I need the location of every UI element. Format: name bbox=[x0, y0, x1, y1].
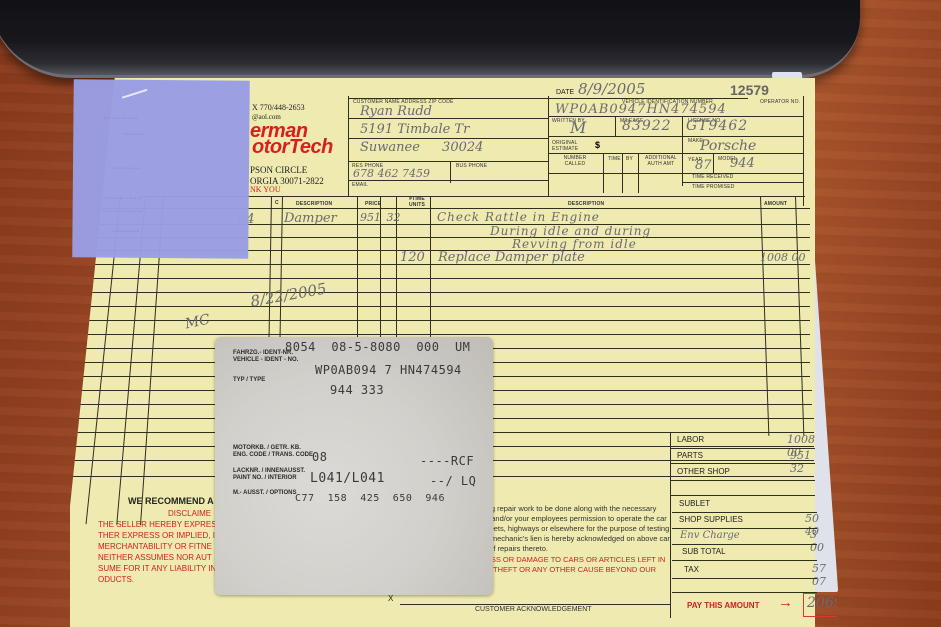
model: 944 bbox=[730, 156, 755, 171]
staple bbox=[122, 89, 147, 99]
shop-logo-line2: otorTech bbox=[252, 136, 333, 159]
arrow-right-icon: → bbox=[778, 594, 793, 611]
vin-plate-options: C77 158 425 650 946 bbox=[295, 493, 445, 504]
customer-city: Suwanee 30024 bbox=[360, 140, 483, 155]
labor-row-2-description: During idle and during bbox=[490, 224, 651, 238]
sublet-label: SUBLET bbox=[679, 499, 710, 508]
estimate-dollar-sign: $ bbox=[595, 140, 600, 150]
note-initials: MC bbox=[184, 312, 212, 333]
shop-supplies-label: SHOP SUPPLIES bbox=[679, 515, 743, 524]
invoice-number: 12579 bbox=[730, 82, 769, 98]
pay-this-amount-label: PAY THIS AMOUNT bbox=[687, 601, 759, 610]
tax-label: TAX bbox=[684, 565, 699, 574]
customer-street: 5191 Timbale Tr bbox=[360, 122, 469, 137]
make: Porsche bbox=[700, 138, 756, 154]
vehicle-vin: WP0AB0947HN474594 bbox=[555, 102, 727, 117]
disclaimer-text: THE SELLER HEREBY EXPRES THER EXPRESS OR… bbox=[98, 519, 217, 585]
vin-plate-paint: L041/L041 bbox=[310, 471, 385, 486]
original-estimate-label: ORIGINAL ESTIMATE bbox=[552, 140, 592, 152]
labor-row-3-description: Revving from idle bbox=[512, 237, 637, 251]
shop-street: PSON CIRCLE bbox=[250, 165, 307, 175]
labor-col-description: DESCRIPTION bbox=[568, 201, 604, 207]
written-by: M bbox=[570, 118, 586, 137]
other-shop-label: OTHER SHOP bbox=[677, 467, 730, 476]
vin-plate-paint-right: --/ LQ bbox=[430, 474, 476, 488]
signature-x: X bbox=[388, 594, 393, 603]
subtotal-label: SUB TOTAL bbox=[682, 547, 726, 556]
res-phone: 678 462 7459 bbox=[353, 167, 430, 180]
customer-ack-label: CUSTOMER ACKNOWLEDGEMENT bbox=[475, 606, 592, 613]
disclaimer-title: DISCLAIME bbox=[168, 509, 211, 518]
year: 87 bbox=[695, 158, 712, 173]
blue-sticky-note: ‥‥‥ ‥‥‥ ‥‥‥‥ ‥‥‥‥‥ ‥‥‥‥ ‥‥‥ ‥‥‥ ‥‥‥‥ ‥‥‥… bbox=[72, 79, 250, 259]
vin-plate-type: 944 333 bbox=[330, 383, 384, 397]
env-charge: 3 00 bbox=[810, 528, 824, 554]
parts-total-label: PARTS bbox=[677, 451, 703, 460]
vin-plate-options-label: M.- AUSST. / OPTIONS bbox=[233, 490, 296, 497]
labor-row-4-amount: 1008 00 bbox=[760, 251, 806, 264]
mileage: 83922 bbox=[622, 118, 672, 134]
date-label: DATE bbox=[556, 89, 574, 96]
customer-name: Ryan Rudd bbox=[360, 104, 432, 119]
labor-row-4-description: Replace Damper plate bbox=[438, 250, 585, 265]
time-label: TIME bbox=[608, 156, 621, 162]
shop-thanks: NK YOU bbox=[250, 185, 281, 194]
vin-plate-code-line: 8054 08-5-8080 000 UM bbox=[285, 340, 470, 354]
eyeglasses-case bbox=[0, 0, 860, 78]
parts-col-price: PRICE bbox=[365, 201, 381, 207]
authorization-text: ing repair work to be done along with th… bbox=[485, 504, 670, 554]
shop-fax: X 770/448-2653 bbox=[252, 103, 305, 112]
vehicle-data-label: FAHRZG.- IDENT-NR. VEHICLE - IDENT - NO.… bbox=[215, 337, 493, 595]
labor-col-amount: AMOUNT bbox=[764, 201, 787, 207]
liability-text: OSS OR DAMAGE TO CARS OR ARTICLES LEFT I… bbox=[485, 555, 665, 575]
labor-row-1-description: Check Rattle in Engine bbox=[437, 210, 600, 224]
license: GT9462 bbox=[686, 118, 748, 134]
time-promised-label: TIME PROMISED bbox=[692, 184, 735, 190]
parts-col-description: DESCRIPTION bbox=[296, 201, 332, 207]
vin-plate-paint-label: LACKNR. / INNENAUSST. PAINT NO. / INTERI… bbox=[233, 468, 305, 482]
email-label: EMAIL bbox=[352, 182, 368, 188]
labor-total-label: LABOR bbox=[677, 435, 704, 444]
number-called-label: NUMBER CALLED bbox=[560, 155, 590, 167]
parts-row-description: Damper bbox=[284, 211, 337, 226]
vin-plate-type-label: TYP / TYPE bbox=[233, 377, 265, 384]
additional-auth-label: ADDITIONAL AUTH AMT bbox=[642, 155, 680, 167]
parts-total: 951 32 bbox=[790, 449, 815, 475]
env-charge-label: Env Charge bbox=[680, 530, 740, 541]
labor-row-4-units: 120 bbox=[400, 250, 425, 265]
by-label: BY bbox=[626, 156, 633, 162]
invoice-date: 8/9/2005 bbox=[578, 80, 645, 98]
operator-label: OPERATOR NO. bbox=[760, 99, 800, 105]
parts-col-c: C bbox=[275, 200, 279, 206]
vin-plate-vin: WP0AB094 7 HN474594 bbox=[315, 363, 462, 377]
vin-plate-eng: 08 bbox=[312, 450, 327, 464]
vin-plate-eng-label: MOTORKB. / GETR. KB. ENG. CODE / TRANS. … bbox=[233, 445, 313, 459]
labor-col-units: #TIME UNITS bbox=[403, 196, 431, 208]
tax: 57 07 bbox=[812, 562, 826, 588]
vin-plate-eng-right: ----RCF bbox=[420, 454, 474, 468]
parts-row-price: 951 32 bbox=[360, 211, 401, 224]
recommend-heading: WE RECOMMEND A bbox=[128, 496, 214, 506]
bus-phone-label: BUS PHONE bbox=[456, 163, 487, 169]
time-received-label: TIME RECEIVED bbox=[692, 174, 734, 180]
